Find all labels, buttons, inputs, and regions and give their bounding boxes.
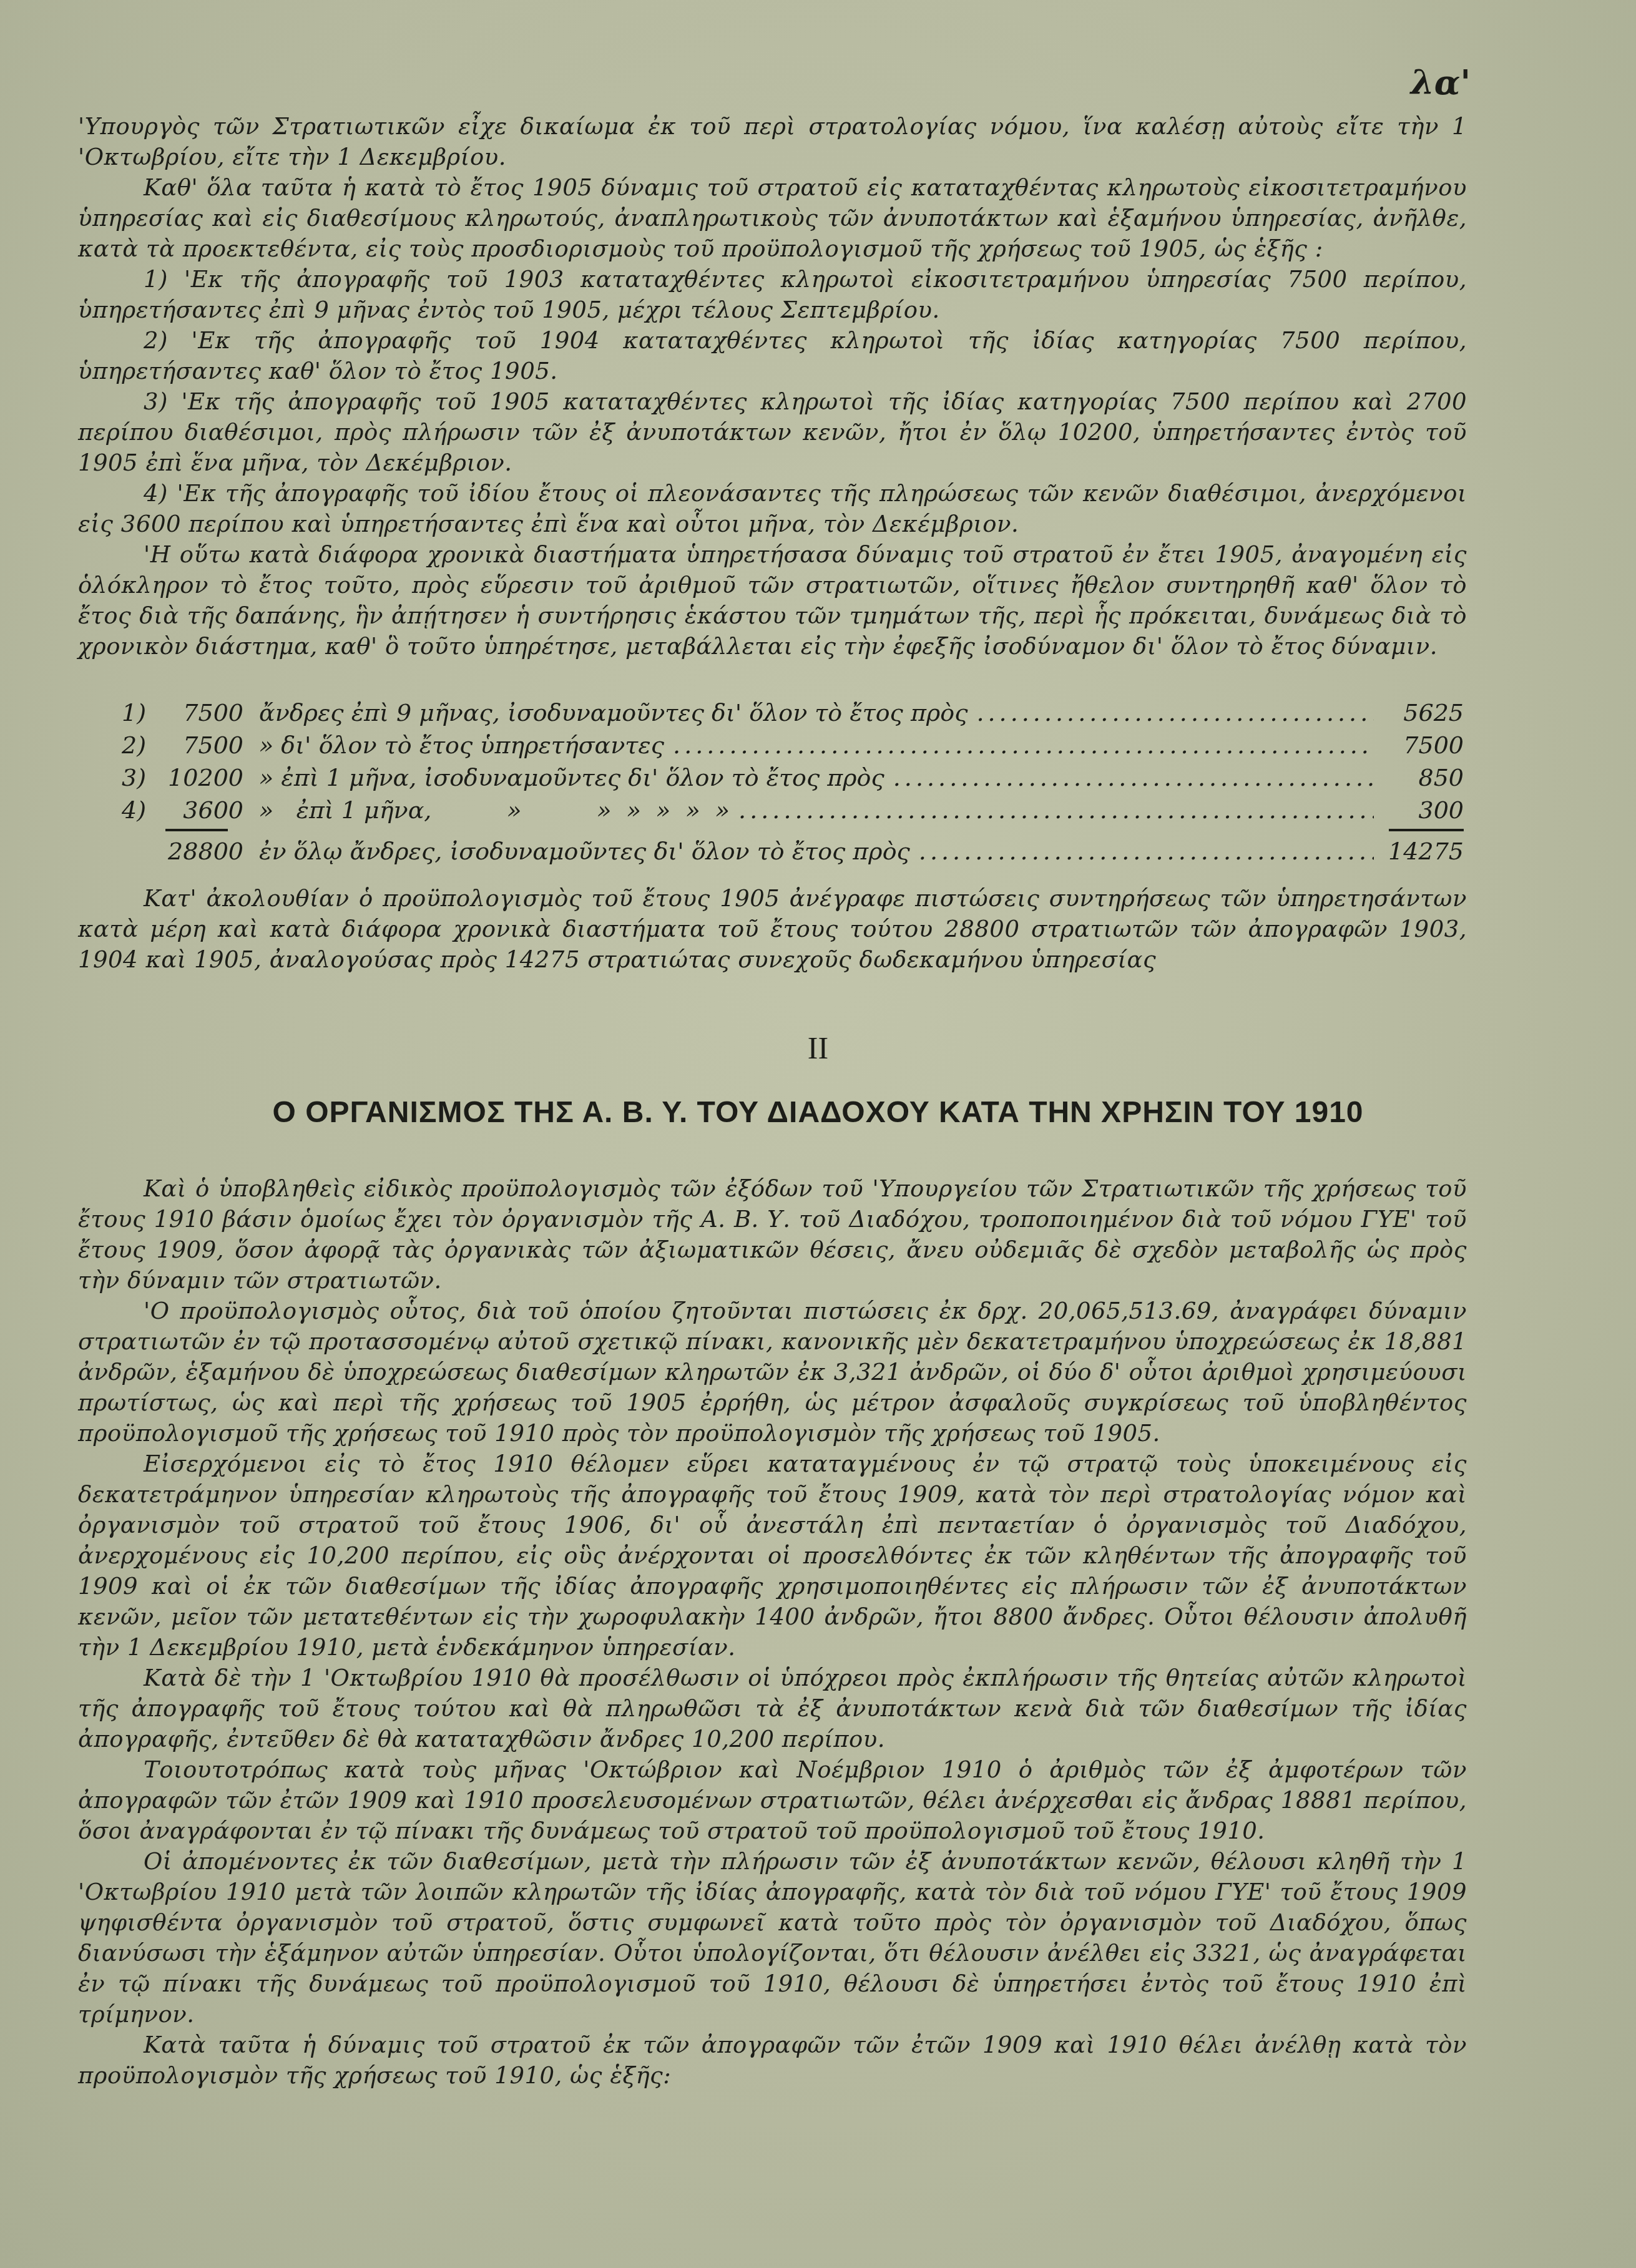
section1-text: 'Υπουργὸς τῶν Στρατιωτικῶν εἶχε δικαίωμα…: [78, 111, 1467, 662]
equivalence-table: 1) 7500 ἄνδρες ἐπὶ 9 μῆνας, ἰσοδυναμοῦντ…: [122, 699, 1464, 870]
paragraph: Καὶ ὁ ὑποβληθεὶς εἰδικὸς προϋπολογισμὸς …: [78, 1173, 1467, 1296]
dot-leader: ........................................…: [673, 731, 1374, 759]
row-description: » ἐπὶ 1 μῆνα, » » » » » »: [259, 796, 730, 824]
paragraph: Καθ' ὅλα ταῦτα ἡ κατὰ τὸ ἔτος 1905 δύναμ…: [78, 172, 1467, 264]
dot-leader: ........................................…: [976, 699, 1374, 726]
row-result: 5625: [1383, 699, 1464, 726]
table-row: 4) 3600 » ἐπὶ 1 μῆνα, » » » » » » ......…: [122, 796, 1464, 829]
divider: [165, 829, 228, 831]
row-value: 10200: [159, 764, 243, 791]
row-value: 3600: [159, 796, 243, 824]
row-number: 4): [122, 796, 159, 824]
total-result: 14275: [1383, 838, 1464, 865]
row-number: 3): [122, 764, 159, 791]
total-description: ἐν ὅλῳ ἄνδρες, ἰσοδυναμοῦντες δι' ὅλον τ…: [259, 838, 910, 865]
paragraph: Κατ' ἀκολουθίαν ὁ προϋπολογισμὸς τοῦ ἔτο…: [78, 883, 1467, 975]
paragraph: Εἰσερχόμενοι εἰς τὸ ἔτος 1910 θέλομεν εὕ…: [78, 1449, 1467, 1663]
row-result: 850: [1383, 764, 1464, 791]
section-heading: Ο ΟΡΓΑΝΙΣΜΟΣ ΤΗΣ Α. Β. Υ. ΤΟΥ ΔΙΑΔΟΧΟΥ Κ…: [0, 1095, 1636, 1130]
row-number: 1): [122, 699, 159, 726]
row-result: 300: [1383, 796, 1464, 824]
total-value: 28800: [159, 838, 243, 865]
row-value: 7500: [159, 731, 243, 759]
section1-conclusion: Κατ' ἀκολουθίαν ὁ προϋπολογισμὸς τοῦ ἔτο…: [78, 883, 1467, 975]
page-number: λα': [1411, 62, 1471, 102]
dot-leader: ........................................…: [893, 764, 1374, 791]
paragraph: 'Ο προϋπολογισμὸς οὗτος, διὰ τοῦ ὁποίου …: [78, 1296, 1467, 1449]
row-description: ἄνδρες ἐπὶ 9 μῆνας, ἰσοδυναμοῦντες δι' ὅ…: [259, 699, 967, 726]
paragraph: Οἱ ἀπομένοντες ἐκ τῶν διαθεσίμων, μετὰ τ…: [78, 1846, 1467, 2030]
paragraph: 'Η οὕτω κατὰ διάφορα χρονικὰ διαστήματα …: [78, 539, 1467, 662]
table-total-row: 28800 ἐν ὅλῳ ἄνδρες, ἰσοδυναμοῦντες δι' …: [122, 838, 1464, 870]
paragraph: 'Υπουργὸς τῶν Στρατιωτικῶν εἶχε δικαίωμα…: [78, 111, 1467, 172]
row-description: » ἐπὶ 1 μῆνα, ἰσοδυναμοῦντες δι' ὅλον τὸ…: [259, 764, 884, 791]
divider: [1389, 829, 1464, 831]
row-value: 7500: [159, 699, 243, 726]
row-description: » δι' ὅλον τὸ ἔτος ὑπηρετήσαντες: [259, 731, 664, 759]
list-item: 4) 'Εκ τῆς ἀπογραφῆς τοῦ ἰδίου ἔτους οἱ …: [78, 478, 1467, 539]
list-item: 3) 'Εκ τῆς ἀπογραφῆς τοῦ 1905 καταταχθέν…: [78, 386, 1467, 478]
dot-leader: ........................................…: [738, 796, 1374, 824]
section2-text: Καὶ ὁ ὑποβληθεὶς εἰδικὸς προϋπολογισμὸς …: [78, 1173, 1467, 2091]
table-row: 3) 10200 » ἐπὶ 1 μῆνα, ἰσοδυναμοῦντες δι…: [122, 764, 1464, 796]
section-numeral: II: [0, 1030, 1636, 1066]
table-row: 2) 7500 » δι' ὅλον τὸ ἔτος ὑπηρετήσαντες…: [122, 731, 1464, 764]
list-item: 2) 'Εκ τῆς ἀπογραφῆς τοῦ 1904 καταταχθέν…: [78, 325, 1467, 386]
list-item: 1) 'Εκ τῆς ἀπογραφῆς τοῦ 1903 καταταχθέν…: [78, 264, 1467, 325]
dot-leader: ........................................…: [919, 838, 1374, 865]
paragraph: Κατὰ ταῦτα ἡ δύναμις τοῦ στρατοῦ ἐκ τῶν …: [78, 2030, 1467, 2091]
paragraph: Τοιουτοτρόπως κατὰ τοὺς μῆνας 'Οκτώβριον…: [78, 1754, 1467, 1846]
total-rules: [122, 829, 1464, 838]
row-result: 7500: [1383, 731, 1464, 759]
row-number: 2): [122, 731, 159, 759]
table-row: 1) 7500 ἄνδρες ἐπὶ 9 μῆνας, ἰσοδυναμοῦντ…: [122, 699, 1464, 731]
paragraph: Κατὰ δὲ τὴν 1 'Οκτωβρίου 1910 θὰ προσέλθ…: [78, 1663, 1467, 1754]
